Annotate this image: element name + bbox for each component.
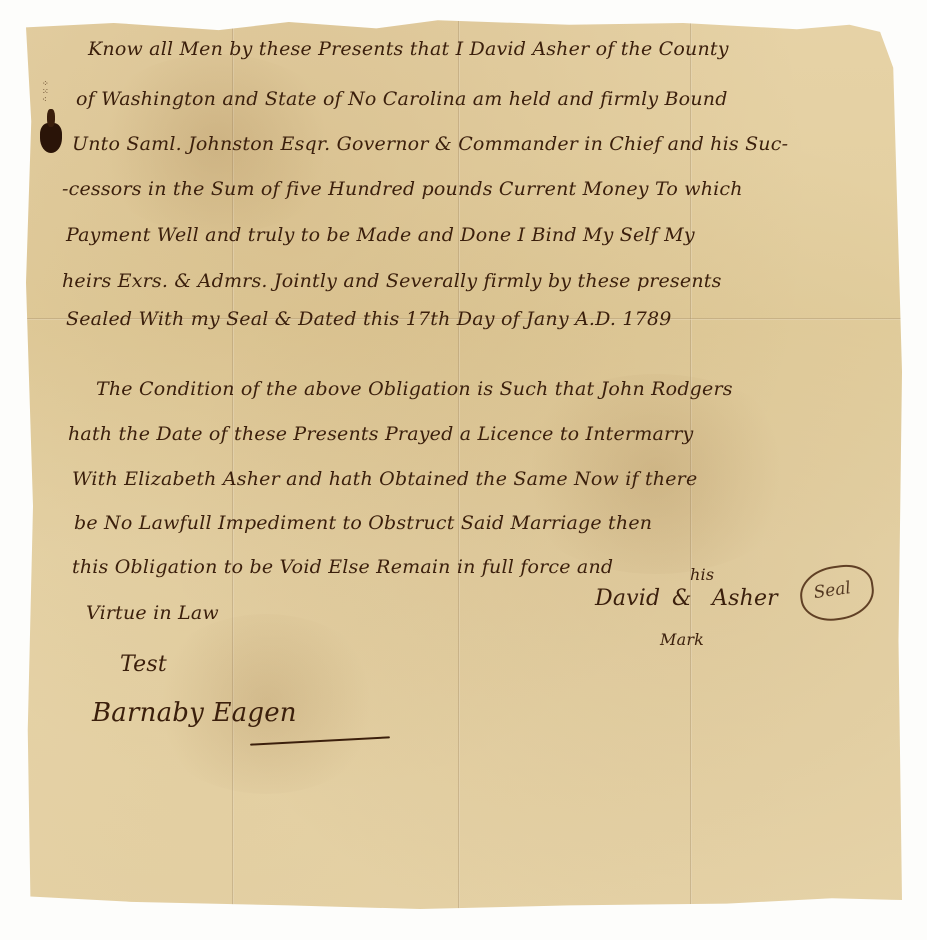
bond-line-4: -cessors in the Sum of five Hundred poun… [62, 178, 743, 200]
bond-line-6: heirs Exrs. & Admrs. Jointly and Several… [62, 270, 722, 292]
bond-line-3: Unto Saml. Johnston Esqr. Governor & Com… [72, 133, 788, 155]
bond-line-5: Payment Well and truly to be Made and Do… [66, 224, 695, 246]
bond-line-1: Know all Men by these Presents that I Da… [88, 38, 729, 60]
mark-label: Mark [660, 630, 704, 649]
condition-line-5: this Obligation to be Void Else Remain i… [72, 556, 613, 578]
ink-speckle-marks: ⁘⁙⁖ [42, 80, 50, 104]
condition-line-4: be No Lawfull Impediment to Obstruct Sai… [74, 512, 652, 534]
condition-line-3: With Elizabeth Asher and hath Obtained t… [72, 468, 697, 490]
mark-symbol: & [672, 586, 692, 611]
condition-line-2: hath the Date of these Presents Prayed a… [68, 423, 693, 445]
signer-last-name: Asher [712, 586, 778, 611]
seal-label: Seal [812, 578, 852, 603]
witness-signature: Barnaby Eagen [92, 698, 297, 728]
bond-line-2: of Washington and State of No Carolina a… [76, 88, 728, 110]
condition-line-6: Virtue in Law [86, 602, 219, 624]
test-label: Test [120, 652, 167, 677]
signer-first-name: David [595, 586, 660, 611]
bond-line-7: Sealed With my Seal & Dated this 17th Da… [66, 308, 672, 330]
ink-blot [40, 123, 62, 153]
his-label: his [690, 565, 714, 584]
condition-line-1: The Condition of the above Obligation is… [96, 378, 733, 400]
